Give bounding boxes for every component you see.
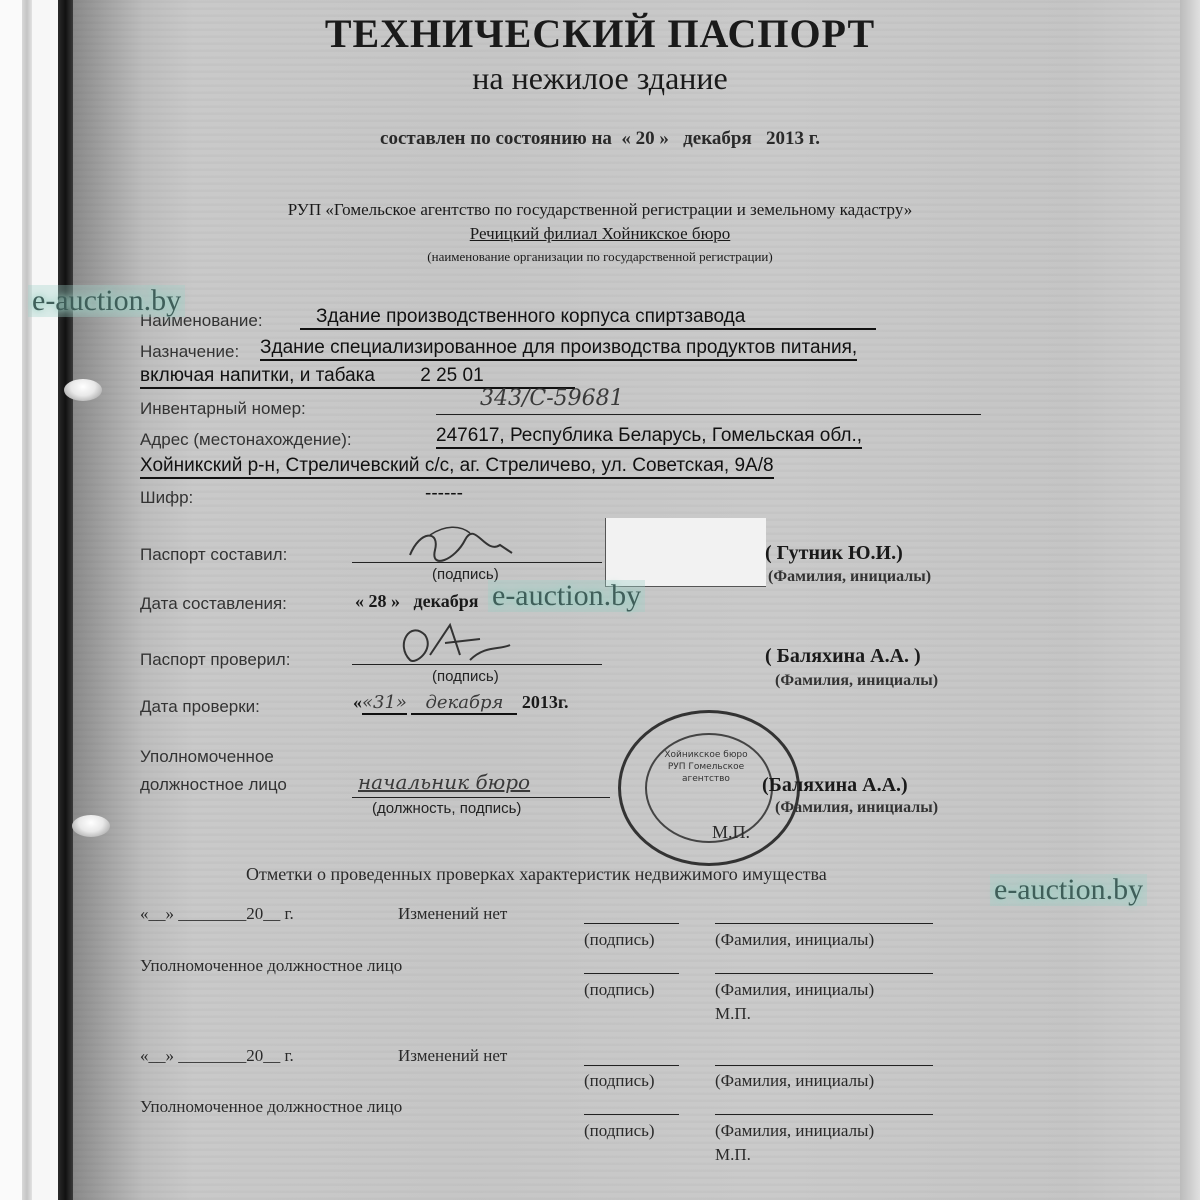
check2-date: «__» ________20__ г. [140, 1046, 294, 1066]
punch-hole-bottom [72, 815, 110, 837]
name-value: Здание производственного корпуса спиртза… [300, 306, 876, 330]
official-name-caption: (Фамилия, инициалы) [775, 799, 938, 817]
check2-name-line [715, 1065, 933, 1066]
checked-label: Паспорт проверил: [140, 650, 290, 670]
binder-edge [58, 0, 73, 1200]
punch-hole-top [64, 379, 102, 401]
state-prefix: составлен по состоянию на [380, 128, 612, 149]
purpose-value-line1: Здание специализированное для производст… [260, 337, 857, 361]
checked-signature-caption: (подпись) [432, 668, 499, 685]
check1-mp: М.П. [715, 1004, 751, 1024]
organization-name: РУП «Гомельское агентство по государстве… [0, 200, 1200, 220]
compiled-label: Паспорт составил: [140, 545, 287, 565]
inventory-label: Инвентарный номер: [140, 399, 306, 419]
check2-mp: М.П. [715, 1145, 751, 1165]
watermark-left: e-auction.by [28, 285, 185, 317]
state-day: « 20 » [621, 128, 669, 149]
checked-name: ( Баляхина А.А. ) [765, 645, 921, 668]
watermark-right: e-auction.by [990, 874, 1147, 906]
check1-name-caption2: (Фамилия, инициалы) [715, 980, 874, 1000]
stamp-text: Хойникское бюро РУП Гомельское агентство [661, 749, 751, 785]
checked-name-caption: (Фамилия, инициалы) [775, 672, 938, 690]
check2-sign-caption: (подпись) [584, 1071, 655, 1091]
official-name: (Баляхина А.А.) [762, 774, 908, 797]
check1-sign-caption2: (подпись) [584, 980, 655, 1000]
compiled-date-month: декабря [414, 591, 479, 611]
check1-name-caption: (Фамилия, инициалы) [715, 930, 874, 950]
purpose-value-line2: включая напитки, и табака [140, 365, 375, 386]
check1-official: Уполномоченное должностное лицо [140, 956, 402, 976]
scan-margin-shadow [22, 0, 32, 1200]
state-year: 2013 г. [766, 128, 820, 149]
official-position-handwritten: начальник бюро [358, 770, 530, 794]
check2-name-caption: (Фамилия, инициалы) [715, 1071, 874, 1091]
document-title: ТЕХНИЧЕСКИЙ ПАСПОРТ [0, 10, 1200, 57]
official-label-line2: должностное лицо [140, 775, 287, 795]
check-date-wrap: ««31» декабря 2013г. [353, 692, 569, 713]
code-value: ------ [425, 483, 463, 505]
checked-signature [390, 615, 530, 675]
document-subtitle: на нежилое здание [0, 60, 1200, 97]
address-label: Адрес (местонахождение): [140, 430, 352, 450]
check1-name-line [715, 923, 933, 924]
stamp-mp: М.П. [712, 822, 750, 843]
address-line2: Хойникский р-н, Стреличевский с/с, аг. С… [140, 455, 774, 479]
check1-no-changes: Изменений нет [398, 904, 507, 924]
organization-branch: Речицкий филиал Хойникское бюро [470, 224, 731, 243]
check2-name-caption2: (Фамилия, инициалы) [715, 1121, 874, 1141]
check-date-month: декабря [411, 692, 517, 715]
code-label: Шифр: [140, 488, 193, 508]
compiled-date-day: « 28 » [355, 591, 400, 611]
compiled-name-caption: (Фамилия, инициалы) [768, 568, 931, 586]
watermark-center: e-auction.by [488, 580, 645, 612]
state-month: декабря [683, 128, 752, 149]
compiled-date-wrap: « 28 » декабря [355, 591, 478, 612]
official-caption: (должность, подпись) [372, 800, 521, 817]
check1-sign-caption: (подпись) [584, 930, 655, 950]
compiled-date-label: Дата составления: [140, 594, 287, 614]
check2-official: Уполномоченное должностное лицо [140, 1097, 402, 1117]
check-date-day: «31» [362, 692, 407, 715]
inventory-underline [436, 414, 981, 415]
scan-margin-light [32, 0, 58, 1200]
check1-sign-line [584, 923, 679, 924]
organization-caption: (наименование организации по государстве… [0, 249, 1200, 265]
checks-heading: Отметки о проведенных проверках характер… [246, 864, 827, 885]
blank-box [605, 518, 766, 587]
organization-branch-line: Речицкий филиал Хойникское бюро [0, 224, 1200, 244]
check2-sign-line2 [584, 1114, 679, 1115]
check2-sign-line [584, 1065, 679, 1066]
check1-date: «__» ________20__ г. [140, 904, 294, 924]
address-line1: 247617, Республика Беларусь, Гомельская … [436, 425, 862, 449]
check2-no-changes: Изменений нет [398, 1046, 507, 1066]
official-signature-line [352, 797, 610, 798]
purpose-code: 2 25 01 [420, 365, 483, 386]
purpose-label: Назначение: [140, 342, 239, 362]
check-date-label: Дата проверки: [140, 697, 260, 717]
check2-name-line2 [715, 1114, 933, 1115]
check1-sign-line2 [584, 973, 679, 974]
page-edge [1180, 0, 1200, 1200]
compiled-signature [400, 525, 520, 570]
official-label-line1: Уполномоченное [140, 747, 274, 767]
state-date-line: составлен по состоянию на « 20 » декабря… [0, 128, 1200, 150]
check1-name-line2 [715, 973, 933, 974]
compiled-name: ( Гутник Ю.И.) [765, 542, 903, 565]
inventory-value: 343/С-59681 [480, 386, 624, 411]
check2-sign-caption2: (подпись) [584, 1121, 655, 1141]
check-date-year: 2013г. [522, 692, 569, 712]
